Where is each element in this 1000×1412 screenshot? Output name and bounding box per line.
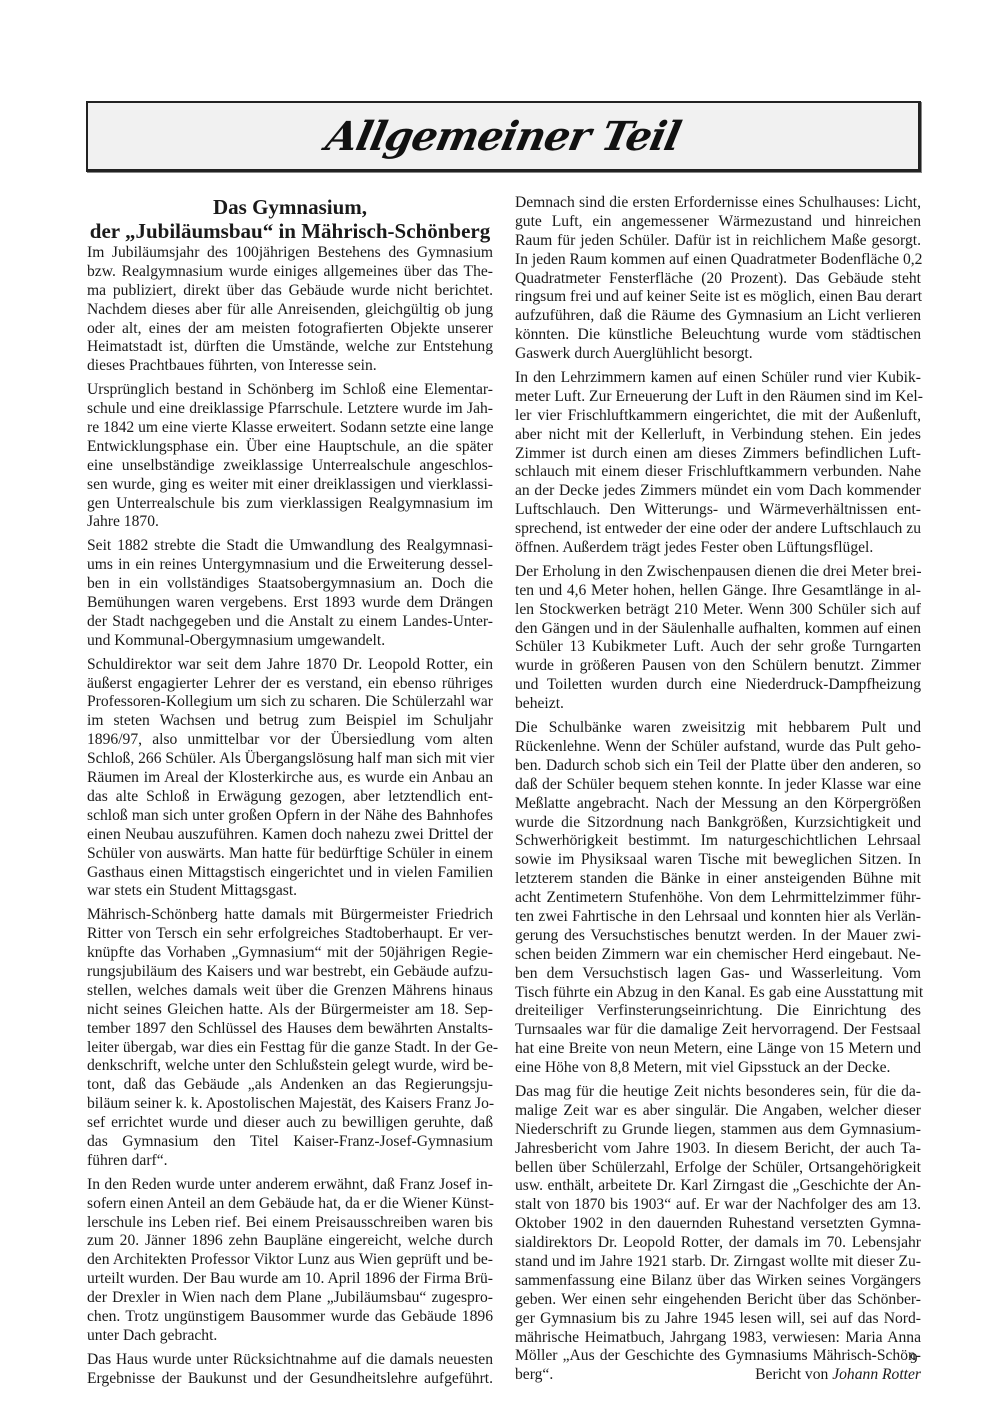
text-line: malige Zeit war es aber singulär. Die An… <box>515 1102 921 1121</box>
section-title: Allgemeiner Teil <box>82 109 924 165</box>
byline: Bericht von Johann Rotter <box>755 1366 921 1385</box>
text-line: ma publiziert, direkt über das Gebäude w… <box>87 282 493 301</box>
text-line: hat eine Breite von neun Metern, eine Lä… <box>515 1040 921 1059</box>
paragraph: Die Schulbänke waren zweisitzig mit hebb… <box>515 719 921 1078</box>
text-line: Meßlatte angebracht. Nach der Messung an… <box>515 795 921 814</box>
text-line: In jeden Raum kommen auf einen Quadratme… <box>515 251 921 270</box>
text-line: beheizt. <box>515 695 921 714</box>
right-paragraphs: Demnach sind die ersten Erfordernisse ei… <box>515 194 921 1366</box>
text-line: re 1842 um eine vierte Klasse erweitert.… <box>87 419 493 438</box>
text-line: sef errichtet wurde und dieser auch zu b… <box>87 1114 493 1133</box>
text-line: an der Decke jedes Zimmers mündet ein vo… <box>515 482 921 501</box>
article-right-column: Demnach sind die ersten Erfordernisse ei… <box>515 194 921 1385</box>
text-line: urteilt wurden. Der Bau wurde am 10. Apr… <box>87 1270 493 1289</box>
text-line: ben. Dadurch schob sich ein Teil der Pla… <box>515 757 921 776</box>
text-line: daß der Schüler bequem stehen konnte. In… <box>515 776 921 795</box>
text-line: sowie im Physiksaal waren Tische mit bew… <box>515 851 921 870</box>
text-line: im steten Wachsen und betrug zum Beispie… <box>87 712 493 731</box>
text-line: Niederschrift zu Grunde liegen, stammen … <box>515 1121 921 1140</box>
text-line: stellen, welches damals weit über die Gr… <box>87 982 493 1001</box>
text-line: Schloß, 266 Schüler. Als Übergangslösung… <box>87 750 493 769</box>
text-line: tember 1897 den Schlüssel des Hauses dem… <box>87 1020 493 1039</box>
paragraph: Schuldirektor war seit dem Jahre 1870 Dr… <box>87 656 493 902</box>
text-line: stalt von 1870 bis 1903“ auf. Er war der… <box>515 1196 921 1215</box>
text-line: Oktober 1902 in den dauernden Ruhestand … <box>515 1215 921 1234</box>
text-line: biläum seiner k. k. Apostolischen Majest… <box>87 1095 493 1114</box>
text-line: aber nicht mit der Kellerluft, in Verbin… <box>515 426 921 445</box>
text-line: und Kommunal-Obergymnasium umgewandelt. <box>87 632 493 651</box>
text-line: ten und 4,6 Meter hohen, hellen Gänge. I… <box>515 582 921 601</box>
text-line: war stets ein Student Mittagsgast. <box>87 882 493 901</box>
text-line: lerschule ins Leben rief. Bei einem Prei… <box>87 1214 493 1233</box>
text-line: der Drexler in Wien nach dem Plane „Jubi… <box>87 1289 493 1308</box>
text-line: den Gängen und in der Säulenhalle aufhal… <box>515 620 921 639</box>
text-line: knüpfte das Vorhaben „Gymnasium“ mit der… <box>87 944 493 963</box>
text-line: Tisch führte ein Abzug in den Kanal. Es … <box>515 984 921 1003</box>
text-line: Der Erholung in den Zwischenpausen diene… <box>515 563 921 582</box>
article-title-line: Das Gymnasium, <box>87 195 493 219</box>
text-line: einen Neubau auszuführen. Kamen doch nah… <box>87 826 493 845</box>
text-line: dieses Prachtbaues führten, von Interess… <box>87 357 493 376</box>
closing-line: berg“. Bericht von Johann Rotter <box>515 1366 921 1385</box>
text-line: Heimatstadt ist, dürften die Umstände, w… <box>87 338 493 357</box>
text-line: Schuldirektor war seit dem Jahre 1870 Dr… <box>87 656 493 675</box>
byline-author: Johann Rotter <box>832 1366 921 1383</box>
text-line: Jahre 1870. <box>87 513 493 532</box>
text-line: tont, daß das Gebäude „als Andenken an d… <box>87 1076 493 1095</box>
page-number: 9 <box>910 1351 918 1368</box>
paragraph: Mährisch-Schönberg hatte damals mit Bürg… <box>87 906 493 1170</box>
text-line: wurde die Sitzordnung nach Bankgrößen, K… <box>515 814 921 833</box>
text-line: eine unselbständige zweiklassige Unterre… <box>87 457 493 476</box>
text-line: ums in ein reines Untergymnasium und die… <box>87 556 493 575</box>
text-line: ler vier Frischluftkammern eingerichtet,… <box>515 407 921 426</box>
text-line: schen beiden Zimmern war ein chemischer … <box>515 946 921 965</box>
text-line: führen darf“. <box>87 1152 493 1171</box>
text-line: ringsum frei und auf keiner Seite ist es… <box>515 288 921 307</box>
text-line: Jahresbericht vom Jahre 1903. In diesem … <box>515 1140 921 1159</box>
article-title-line: der „Jubiläumsbau“ in Mährisch-Schönberg <box>87 219 493 243</box>
text-line: gute Luft, ein angemessener Wärmezustand… <box>515 213 921 232</box>
text-line: oder alt, eines der am meisten fotografi… <box>87 320 493 339</box>
text-line: gerung des Versuchstisches benutzt werde… <box>515 927 921 946</box>
text-line: bzw. Realgymnasium wurde einiges allgeme… <box>87 263 493 282</box>
text-line: das Gymnasium den Titel Kaiser-Franz-Jos… <box>87 1133 493 1152</box>
text-line: schloß man sich unter großen Opfern in d… <box>87 807 493 826</box>
paragraph: Demnach sind die ersten Erfordernisse ei… <box>515 194 921 364</box>
text-line: schlauch mit einem dieser Frischluftkamm… <box>515 463 921 482</box>
text-line: acht Zentimetern Stufenhöhe. Von dem Leh… <box>515 889 921 908</box>
text-line: Entwicklungsphase ein. Über eine Hauptsc… <box>87 438 493 457</box>
text-line: Rückenlehne. Wenn der Schüler aufstand, … <box>515 738 921 757</box>
text-line: Turnsaales war für die damalige Zeit her… <box>515 1021 921 1040</box>
text-line: rungsjubiläum des Kaisers und war bestre… <box>87 963 493 982</box>
text-line: dreiteiliger Verfinsterungseinrichtung. … <box>515 1002 921 1021</box>
text-line: aufzuführen, daß die Räume des Gymnasium… <box>515 307 921 326</box>
text-line: Räumen im Areal der Klosterkirche aus, e… <box>87 769 493 788</box>
text-line: meter Luft. Zur Erneuerung der Luft in d… <box>515 388 921 407</box>
text-line: geben. Wer einen sehr eingehenden Berich… <box>515 1291 921 1310</box>
text-line: Das mag für die heutige Zeit nichts beso… <box>515 1083 921 1102</box>
text-line: sofern einen Anteil an dem Gebäude hat, … <box>87 1195 493 1214</box>
text-line: Nachdem dieses aber für alle Anreisenden… <box>87 301 493 320</box>
paragraph: Das Haus wurde unter Rücksichtnahme auf … <box>87 1351 493 1389</box>
text-line: das alte Schloß in Erwägung gezogen, abe… <box>87 788 493 807</box>
text-line: mährische Heimatbuch, Jahrgang 1983, ver… <box>515 1329 921 1348</box>
text-line: Schwerhörigkeit bestimmt. Im naturgeschi… <box>515 832 921 851</box>
text-line: sen wurde, ging es weiter mit einer drei… <box>87 476 493 495</box>
text-line: Gasthaus einen Mittagstisch eingerichtet… <box>87 864 493 883</box>
text-line: gen Unterrealschule bis zum vierklassige… <box>87 495 493 514</box>
byline-prefix: Bericht von <box>755 1366 832 1383</box>
text-line: Zimmer ist durch einen am dieses Zimmers… <box>515 445 921 464</box>
text-line: eine Höhe von 8,8 Metern, mit viel Gipss… <box>515 1059 921 1078</box>
text-line: Möller „Aus der Geschichte des Gymnasium… <box>515 1347 921 1366</box>
text-line: letzterem standen die Bänke in einer ans… <box>515 870 921 889</box>
left-paragraphs: Im Jubiläumsjahr des 100jährigen Bestehe… <box>87 244 493 1389</box>
text-line: Im Jubiläumsjahr des 100jährigen Bestehe… <box>87 244 493 263</box>
closing-fragment: berg“. <box>515 1366 553 1385</box>
paragraph: Im Jubiläumsjahr des 100jährigen Bestehe… <box>87 244 493 376</box>
text-line: äußerst engagierter Lehrer der es versta… <box>87 675 493 694</box>
text-line: schule und eine dreiklassige Pfarrschule… <box>87 400 493 419</box>
text-line: der Stadt nachgegeben und die Anstalt zu… <box>87 613 493 632</box>
text-line: Luftschlauch. Den Witterungs- und Wärmev… <box>515 501 921 520</box>
text-line: ben in ein vollständiges Staatsobergymna… <box>87 575 493 594</box>
text-line: Ursprünglich bestand in Schönberg im Sch… <box>87 381 493 400</box>
text-line: Professoren-Kollegium um sich zu scharen… <box>87 693 493 712</box>
text-line: öffnen. Außerdem trägt jedes Fester oben… <box>515 539 921 558</box>
paragraph: Ursprünglich bestand in Schönberg im Sch… <box>87 381 493 532</box>
paragraph: Das mag für die heutige Zeit nichts beso… <box>515 1083 921 1366</box>
text-line: Raum für jeden Schüler. Dafür ist in rei… <box>515 232 921 251</box>
article-left-column: Das Gymnasium, der „Jubiläumsbau“ in Mäh… <box>87 195 493 1394</box>
text-line: Ritter von Tersch ein sehr erfolgreiches… <box>87 925 493 944</box>
text-line: Gaswerk durch Auerglühlicht besorgt. <box>515 345 921 364</box>
paragraph: Der Erholung in den Zwischenpausen diene… <box>515 563 921 714</box>
text-line: Bemühungen waren vergebens. Erst 1893 wu… <box>87 594 493 613</box>
text-line: chen. Trotz ungünstigem Bausommer wurde … <box>87 1308 493 1327</box>
text-line: sialdirektors Dr. Leopold Rotter, der da… <box>515 1234 921 1253</box>
text-line: und Toiletten wurden durch eine Niederdr… <box>515 676 921 695</box>
text-line: sprechend, ist entweder der eine oder de… <box>515 520 921 539</box>
paragraph: Seit 1882 strebte die Stadt die Umwandlu… <box>87 537 493 650</box>
text-line: usw. enthält, arbeitete Dr. Karl Zirngas… <box>515 1177 921 1196</box>
text-line: Die Schulbänke waren zweisitzig mit hebb… <box>515 719 921 738</box>
text-line: ger Gymnasium bis zu Jahre 1945 lesen wi… <box>515 1310 921 1329</box>
text-line: Schüler von auswärts. Man hatte für bedü… <box>87 845 493 864</box>
text-line: Seit 1882 strebte die Stadt die Umwandlu… <box>87 537 493 556</box>
text-line: leiter übergab, war dies ein Festtag für… <box>87 1039 493 1058</box>
text-line: unter Dach gebracht. <box>87 1327 493 1346</box>
text-line: ben dem Versuchstisch lagen Gas- und Was… <box>515 965 921 984</box>
text-line: bellen über Schülerzahl, Erfolge der Sch… <box>515 1159 921 1178</box>
text-line: In den Lehrzimmern kamen auf einen Schül… <box>515 369 921 388</box>
text-line: könnten. Die künstliche Beleuchtung wurd… <box>515 326 921 345</box>
text-line: Das Haus wurde unter Rücksichtnahme auf … <box>87 1351 493 1370</box>
text-line: Demnach sind die ersten Erfordernisse ei… <box>515 194 921 213</box>
article-title: Das Gymnasium, der „Jubiläumsbau“ in Mäh… <box>87 195 493 243</box>
paragraph: In den Reden wurde unter anderem erwähnt… <box>87 1176 493 1346</box>
text-line: Mährisch-Schönberg hatte damals mit Bürg… <box>87 906 493 925</box>
text-line: denkschrift, welche unter den Schlußstei… <box>87 1057 493 1076</box>
text-line: Schüler 13 Kubikmeter Luft. Auch der seh… <box>515 638 921 657</box>
text-line: nicht seines Gleichen hatte. Als der Bür… <box>87 1001 493 1020</box>
text-line: In den Reden wurde unter anderem erwähnt… <box>87 1176 493 1195</box>
text-line: 1896/97, also unmittelbar vor der Übersi… <box>87 731 493 750</box>
section-banner: Allgemeiner Teil <box>86 101 921 172</box>
text-line: sammenfassung eine Bilanz über das Wirke… <box>515 1272 921 1291</box>
paragraph: In den Lehrzimmern kamen auf einen Schül… <box>515 369 921 558</box>
text-line: den Architekten Professor Viktor Lunz au… <box>87 1251 493 1270</box>
text-line: wurde in größeren Pausen von den Schüler… <box>515 657 921 676</box>
text-line: ten zwei Fahrtische in den Lehrsaal und … <box>515 908 921 927</box>
text-line: zum 20. Jänner 1896 zehn Baupläne einger… <box>87 1232 493 1251</box>
text-line: Quadratmeter Fensterfläche (20 Prozent).… <box>515 270 921 289</box>
text-line: len Stockwerken beträgt 210 Meter. Wenn … <box>515 601 921 620</box>
text-line: stand und im Jahre 1921 starb. Dr. Zirng… <box>515 1253 921 1272</box>
text-line: Ergebnisse der Baukunst und der Gesundhe… <box>87 1370 493 1389</box>
